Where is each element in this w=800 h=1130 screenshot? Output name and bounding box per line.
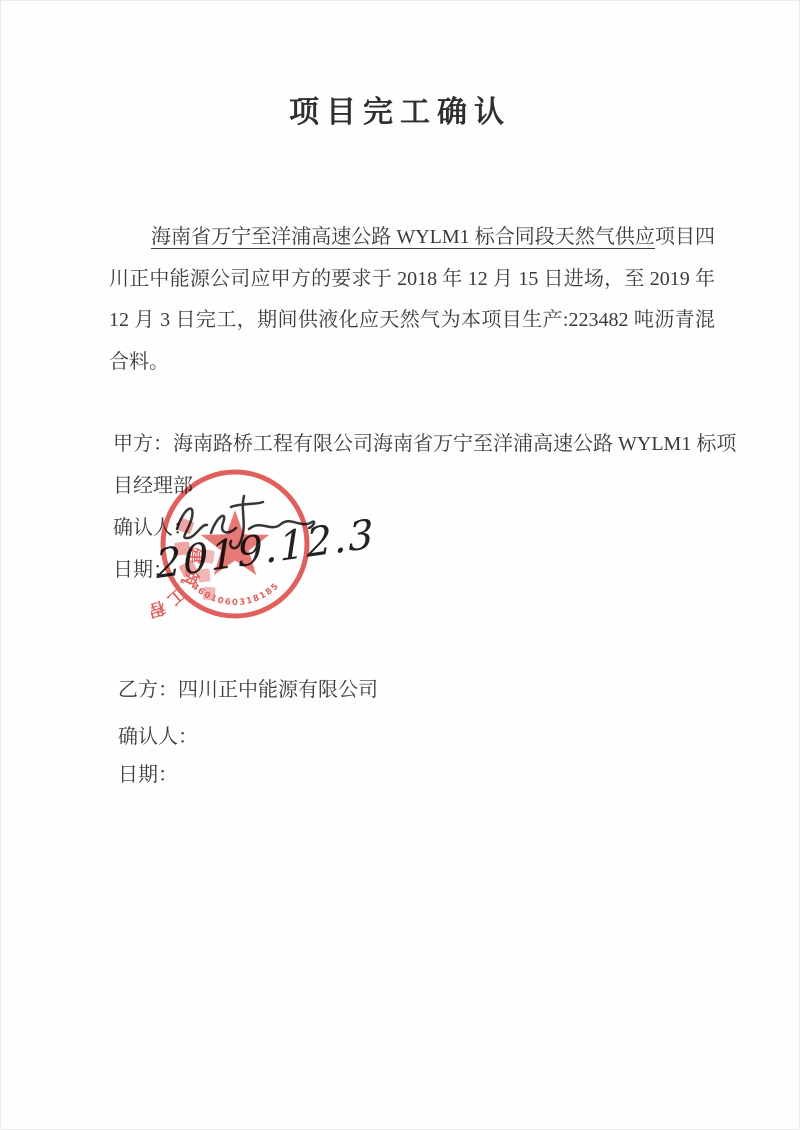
party-b-date-label: 日期：	[118, 760, 618, 790]
party-b-confirmer-label: 确认人：	[118, 722, 618, 752]
party-a-line-1: 甲方：海南路桥工程有限公司海南省万宁至洋浦高速公路 WYLM1 标项	[113, 423, 725, 465]
paragraph-line-2: 川正中能源公司应甲方的要求于 2018 年 12 月 15 日进场，至 2019…	[109, 259, 715, 301]
document-title: 项目完工确认	[1, 87, 799, 131]
paragraph-line-4: 合料。	[109, 342, 715, 384]
paragraph-line-1-rest: 项目四	[655, 226, 715, 248]
paragraph-line-1: 海南省万宁至洋浦高速公路 WYLM1 标合同段天然气供应项目四	[109, 217, 715, 259]
party-b-section: 乙方：四川正中能源有限公司 确认人： 日期：	[118, 675, 618, 790]
underlined-project-name: 海南省万宁至洋浦高速公路 WYLM1 标合同段天然气供应	[151, 226, 655, 248]
party-b-line: 乙方：四川正中能源有限公司	[118, 675, 618, 705]
scanned-document-page: 项目完工确认 海南省万宁至洋浦高速公路 WYLM1 标合同段天然气供应项目四 川…	[0, 0, 800, 1130]
paragraph-line-3: 12 月 3 日完工，期间供液化应天然气为本项目生产:223482 吨沥青混	[109, 300, 715, 342]
body-paragraph: 海南省万宁至洋浦高速公路 WYLM1 标合同段天然气供应项目四 川正中能源公司应…	[109, 217, 715, 383]
